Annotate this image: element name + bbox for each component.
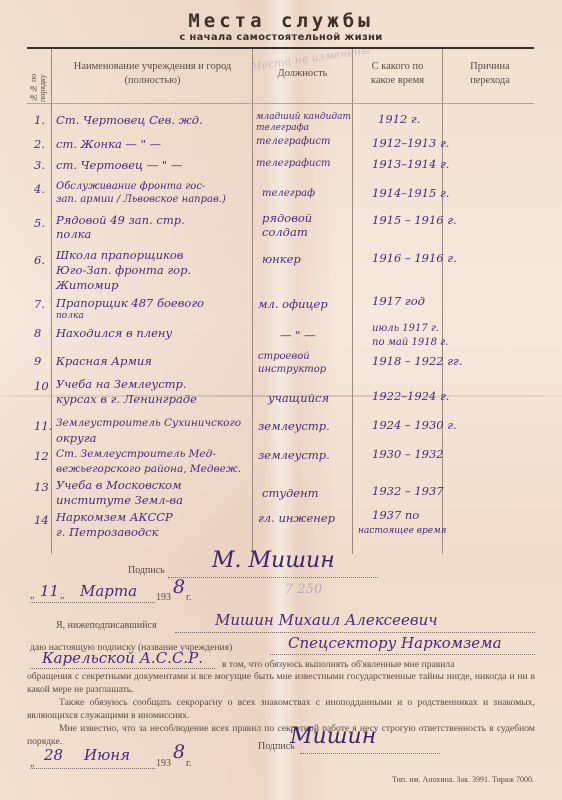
row-number: 7. [34,297,45,311]
row-number: 10 [34,379,49,393]
printer-imprint: Тип. им. Анохина. Зак. 3991. Тираж 7000. [392,775,534,784]
row-period: 1912–1913 г. [372,136,449,150]
row-number: 6. [34,253,45,267]
row-period: 1915 – 1916 г. [372,213,457,227]
signature-label: Подпись [128,565,165,576]
faded-number-stamp: 7 250 [285,582,322,597]
date-year-suffix: г. [186,592,191,603]
institution-name-2: Карельской А.С.С.Р. [42,651,203,665]
row-institution: Находился в плену [56,326,172,340]
row-institution: Учеба на Землеустр. [56,377,187,391]
date-year-suffix: г. [186,758,191,769]
date-line [30,602,155,603]
row-number: 1. [34,113,45,127]
row-institution: Житомир [56,278,118,292]
row-institution: Красная Армия [56,354,152,368]
row-institution: Школа прапорщиков [56,248,183,262]
column-divider [442,49,443,554]
row-position: землеустр. [258,419,330,433]
row-institution: Ст. Землеустроитель Мед- [56,447,216,461]
date-year-hand: 8 [173,580,185,594]
row-period: июль 1917 г. [372,322,439,336]
row-period: 1914–1915 г. [372,186,449,200]
row-period: 1932 – 1937 [372,484,444,498]
row-position: телеграфист [256,135,330,149]
column-divider [51,49,52,554]
row-position: студент [262,486,319,500]
institution-line [270,654,535,655]
column-divider [352,49,353,554]
row-institution: курсах в г. Ленинграде [56,392,197,406]
row-position: солдат [262,225,308,239]
row-institution: г. Петрозаводск [56,525,159,539]
signature-line [300,753,440,754]
date-day: 11 [40,584,59,598]
row-number: 2. [34,137,45,151]
row-institution: округа [56,431,97,445]
row-number: 4. [34,182,45,196]
date-year-hand: 8 [173,745,185,759]
row-number: 3. [34,158,45,172]
header-reason: Причина перехода [450,60,530,88]
row-institution: Ст. Чертовец Сев. жд. [56,113,203,127]
row-period: 1937 по [372,508,419,522]
row-institution: ст. Чертовец — " — [56,158,182,172]
date-year-printed: 193 [156,592,171,603]
name-line [175,632,535,633]
row-period: 1917 год [372,294,425,308]
row-institution: Землеустроитель Сухиничского [56,416,241,430]
row-institution: полка [56,309,84,323]
row-number: 8 [34,326,41,340]
header-number: №№ по порядку [28,52,48,102]
row-institution: Учеба в Московском [56,478,182,492]
row-period: 1922–1924 г. [372,389,449,403]
oath-intro-label: Я, нижеподписавшийся [56,620,157,631]
row-institution: зап. армии / Львовское направ.) [56,193,226,207]
header-period: С какого по какое время [360,60,435,88]
row-number: 11. [34,419,52,433]
header-bottom-rule [27,103,534,104]
oath-line-3: в том, что обязуюсь выполнять об'явленны… [222,659,454,670]
row-number: 5. [34,216,45,230]
row-position: землеустр. [258,448,330,462]
date-month: Марта [80,584,137,598]
row-position: телеграф [262,187,315,201]
signature-line [168,577,378,578]
row-position: мл. офицер [258,297,328,311]
row-period: 1924 – 1930 г. [372,418,457,432]
row-institution: вежьегорского района, Медвеж. [56,462,241,476]
row-institution: институте Земл-ва [56,493,183,507]
signature: М. Мишин [212,554,335,568]
row-institution: Прапорщик 487 боевого [56,296,204,310]
row-period: по май 1918 г. [372,336,448,350]
row-period: 1918 – 1922 гг. [372,354,463,368]
row-period: 1912 г. [378,112,420,126]
full-name: Мишин Михаил Алексеевич [215,613,438,627]
row-position: телеграфа [256,121,309,135]
row-position: инструктор [258,363,326,377]
row-institution: Обслуживание фронта гос- [56,180,205,194]
row-position: — " — [280,328,316,342]
signature: Мишин [290,730,376,744]
row-position: юнкер [262,252,301,266]
row-period: 1913–1914 г. [372,157,449,171]
row-number: 12 [34,449,49,463]
institution-name-1: Спецсектору Наркомзема [288,636,502,650]
row-institution: ст. Жонка — " — [56,137,161,151]
row-institution: Юго-Зап. фронта гор. [56,263,191,277]
row-position: строевой [258,350,310,364]
date-line [30,768,155,769]
date-year-printed: 193 [156,758,171,769]
row-number: 14 [34,513,49,527]
row-institution: Рядовой 49 зап. стр. [56,213,185,227]
header-institution: Наименование учреждения и город (полност… [55,60,250,88]
row-position: телеграфист [256,157,330,171]
column-divider [252,49,253,554]
row-position: учащийся [268,391,329,405]
oath-paragraph-2: Также обязуюсь сообщать секрорагну о все… [27,697,535,722]
row-position: рядовой [262,211,312,225]
row-period: 1930 – 1932 [372,447,444,461]
row-institution: полка [56,227,91,241]
row-period: настоящее время [358,524,447,538]
date-day: 28 [44,748,63,762]
row-institution: Наркомзем АКССР [56,510,173,524]
date-month: Июня [84,748,130,762]
row-number: 9 [34,354,41,368]
row-position: гл. инженер [258,511,335,525]
row-period: 1916 – 1916 г. [372,251,457,265]
row-number: 13 [34,480,49,494]
oath-paragraph-1: обращения с секретными документами и все… [27,671,535,696]
institution-line-2 [30,668,215,669]
